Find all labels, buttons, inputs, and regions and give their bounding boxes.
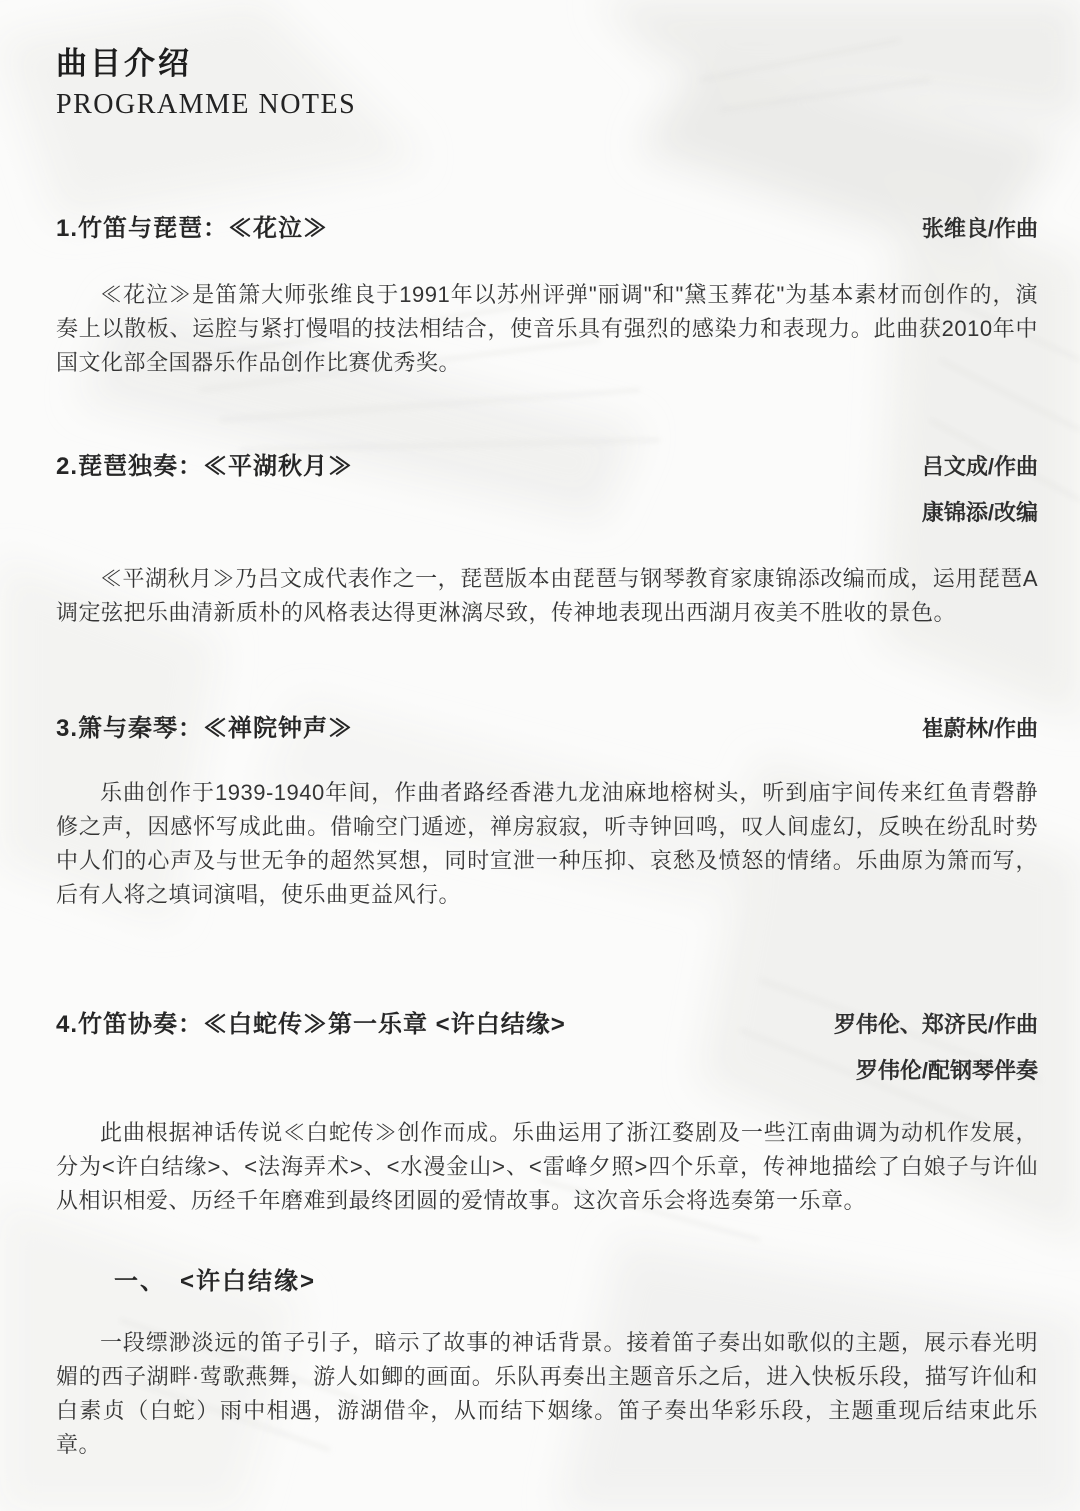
movement-notes: 一段缥渺淡远的笛子引子，暗示了故事的神话背景。接着笛子奏出如歌似的主题，展示春光… bbox=[56, 1326, 1038, 1462]
piece-section-2: 2.琵琶独奏：≪平湖秋月≫ 吕文成/作曲 康锦添/改编 ≪平湖秋月≫乃吕文成代表… bbox=[56, 452, 1038, 630]
piece-3-title: 3.箫与秦琴：≪禅院钟声≫ bbox=[56, 714, 353, 744]
piece-4-credits: 罗伟伦、郑济民/作曲 罗伟伦/配钢琴伴奏 bbox=[834, 1010, 1038, 1086]
page-subtitle: PROGRAMME NOTES bbox=[56, 88, 1038, 122]
piece-3-credits: 崔蔚林/作曲 bbox=[922, 714, 1038, 744]
piece-1-title: 1.竹笛与琵琶：≪花泣≫ bbox=[56, 214, 328, 244]
piece-section-3: 3.箫与秦琴：≪禅院钟声≫ 崔蔚林/作曲 乐曲创作于1939-1940年间，作曲… bbox=[56, 714, 1038, 912]
piece-1-header: 1.竹笛与琵琶：≪花泣≫ 张维良/作曲 bbox=[56, 214, 1038, 244]
movement-heading: 一、 <许白结缘> bbox=[56, 1266, 1038, 1298]
piece-2-notes: ≪平湖秋月≫乃吕文成代表作之一，琵琶版本由琵琶与钢琴教育家康锦添改编而成，运用琵… bbox=[56, 562, 1038, 630]
arranger-credit: 康锦添/改编 bbox=[922, 498, 1038, 528]
page-title: 曲目介绍 bbox=[56, 46, 1038, 82]
content-area: 曲目介绍 PROGRAMME NOTES 1.竹笛与琵琶：≪花泣≫ 张维良/作曲… bbox=[0, 0, 1080, 1462]
composer-credit: 张维良/作曲 bbox=[922, 214, 1038, 244]
piece-2-header: 2.琵琶独奏：≪平湖秋月≫ 吕文成/作曲 康锦添/改编 bbox=[56, 452, 1038, 528]
composer-credit: 崔蔚林/作曲 bbox=[922, 714, 1038, 744]
piece-4-title: 4.竹笛协奏：≪白蛇传≫第一乐章 <许白结缘> bbox=[56, 1010, 566, 1040]
piece-3-notes: 乐曲创作于1939-1940年间，作曲者路经香港九龙油麻地榕树头，听到庙宇间传来… bbox=[56, 776, 1038, 912]
piece-2-credits: 吕文成/作曲 康锦添/改编 bbox=[922, 452, 1038, 528]
programme-notes-page: 曲目介绍 PROGRAMME NOTES 1.竹笛与琵琶：≪花泣≫ 张维良/作曲… bbox=[0, 0, 1080, 1511]
piano-accompaniment-credit: 罗伟伦/配钢琴伴奏 bbox=[856, 1056, 1038, 1086]
piece-4-header: 4.竹笛协奏：≪白蛇传≫第一乐章 <许白结缘> 罗伟伦、郑济民/作曲 罗伟伦/配… bbox=[56, 1010, 1038, 1086]
piece-section-4: 4.竹笛协奏：≪白蛇传≫第一乐章 <许白结缘> 罗伟伦、郑济民/作曲 罗伟伦/配… bbox=[56, 1010, 1038, 1218]
piece-section-1: 1.竹笛与琵琶：≪花泣≫ 张维良/作曲 ≪花泣≫是笛箫大师张维良于1991年以苏… bbox=[56, 214, 1038, 380]
piece-1-notes: ≪花泣≫是笛箫大师张维良于1991年以苏州评弹"丽调"和"黛玉葬花"为基本素材而… bbox=[56, 278, 1038, 380]
piece-2-title: 2.琵琶独奏：≪平湖秋月≫ bbox=[56, 452, 353, 482]
composer-credit: 吕文成/作曲 bbox=[922, 452, 1038, 482]
page-header: 曲目介绍 PROGRAMME NOTES bbox=[56, 46, 1038, 122]
piece-1-credits: 张维良/作曲 bbox=[922, 214, 1038, 244]
piece-3-header: 3.箫与秦琴：≪禅院钟声≫ 崔蔚林/作曲 bbox=[56, 714, 1038, 744]
composer-credit: 罗伟伦、郑济民/作曲 bbox=[834, 1010, 1038, 1040]
piece-4-notes: 此曲根据神话传说≪白蛇传≫创作而成。乐曲运用了浙江婺剧及一些江南曲调为动机作发展… bbox=[56, 1116, 1038, 1218]
